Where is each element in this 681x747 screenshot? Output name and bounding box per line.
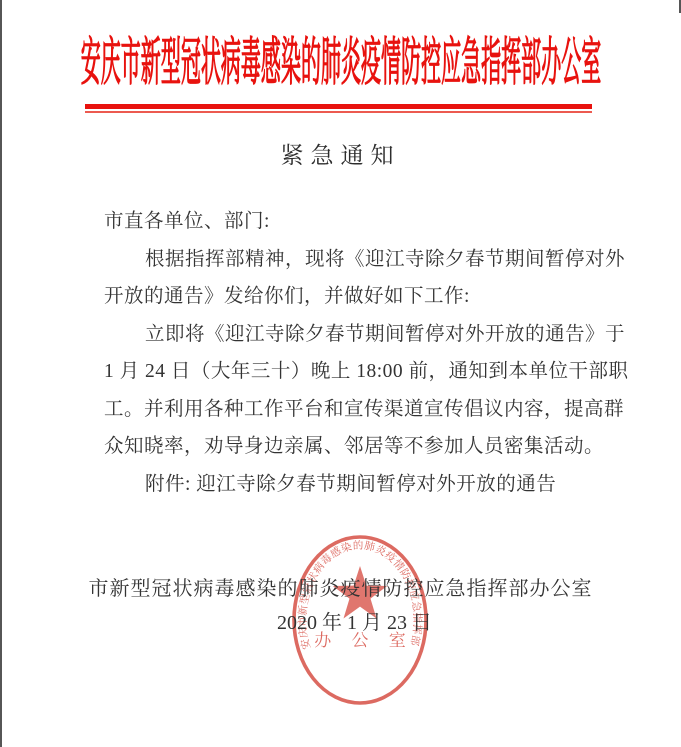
red-separator-rule (85, 104, 592, 109)
window-left-edge (0, 0, 2, 747)
red-separator-rule-thin (85, 111, 592, 113)
body-text-block: 市直各单位、部门: 根据指挥部精神，现将《迎江寺除夕春节期间暂停对外 开放的通告… (104, 203, 609, 503)
body-line: 根据指挥部精神，现将《迎江寺除夕春节期间暂停对外 (104, 241, 609, 279)
letterhead-title: 安庆市新型冠状病毒感染的肺炎疫情防控应急指挥部办公室 (80, 20, 601, 95)
attachment-line: 附件: 迎江寺除夕春节期间暂停对外开放的通告 (104, 466, 609, 504)
body-line: 工。并利用各种工作平台和宣传渠道宣传倡议内容，提高群 (104, 391, 609, 429)
body-line: 开放的通告》发给你们，并做好如下工作: (104, 278, 609, 316)
body-line: 众知晓率，劝导身边亲属、邻居等不参加人员密集活动。 (104, 428, 609, 466)
document-page: 安庆市新型冠状病毒感染的肺炎疫情防控应急指挥部办公室 紧急通知 市直各单位、部门… (0, 0, 681, 747)
body-line: 1 月 24 日（大年三十）晚上 18:00 前，通知到本单位干部职 (104, 353, 609, 391)
document-date: 2020 年 1 月 23 日 (14, 606, 681, 635)
body-line: 立即将《迎江寺除夕春节期间暂停对外开放的通告》于 (104, 316, 609, 354)
letterhead-container: 安庆市新型冠状病毒感染的肺炎疫情防控应急指挥部办公室 (0, 26, 681, 88)
salutation-line: 市直各单位、部门: (104, 203, 609, 241)
signature-org-name: 市新型冠状病毒感染的肺炎疫情防控应急指挥部办公室 (0, 572, 681, 601)
document-title: 紧急通知 (0, 137, 681, 170)
